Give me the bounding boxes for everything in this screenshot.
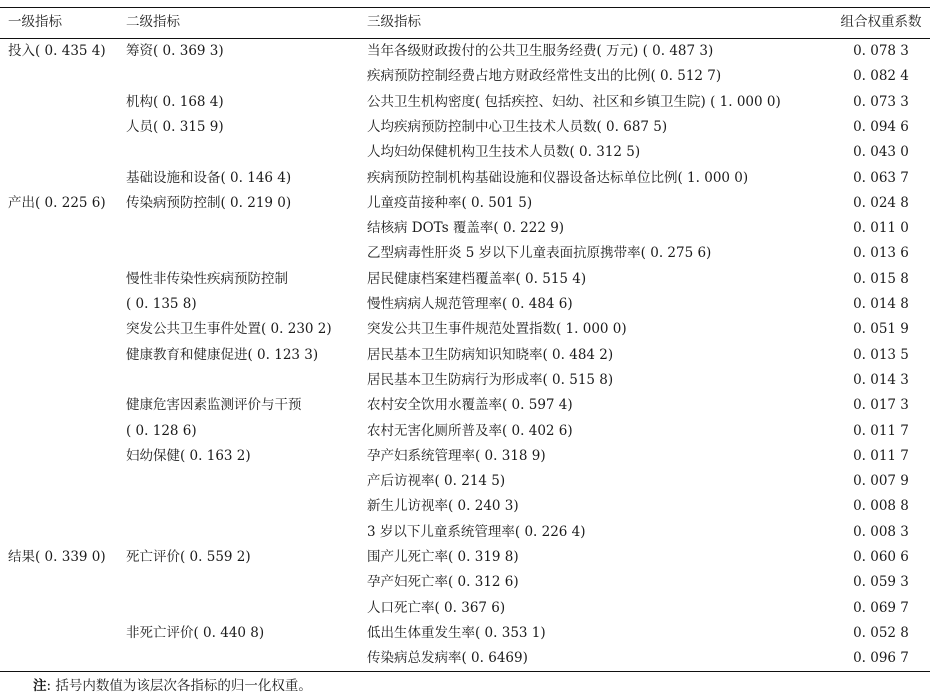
- weight-cell: 0. 008 3: [832, 520, 930, 545]
- level3-cell: 儿童疫苗接种率( 0. 501 5): [367, 191, 532, 216]
- level3-cell: 农村无害化厕所普及率( 0. 402 6): [367, 419, 573, 444]
- table-row: 健康危害因素监测评价与干预农村安全饮用水覆盖率( 0. 597 4)0. 017…: [0, 393, 936, 418]
- weight-cell: 0. 014 3: [832, 368, 930, 393]
- weight-cell: 0. 014 8: [832, 292, 930, 317]
- table-row: 结核病 DOTs 覆盖率( 0. 222 9)0. 011 0: [0, 216, 936, 241]
- level3-cell: 疾病预防控制机构基础设施和仪器设备达标单位比例( 1. 000 0): [367, 166, 748, 191]
- table-row: 居民基本卫生防病行为形成率( 0. 515 8)0. 014 3: [0, 368, 936, 393]
- level1-cell: 产出( 0. 225 6): [8, 191, 106, 216]
- level3-cell: 人均妇幼保健机构卫生技术人员数( 0. 312 5): [367, 140, 640, 165]
- level3-cell: 结核病 DOTs 覆盖率( 0. 222 9): [367, 216, 564, 241]
- level3-cell: 新生儿访视率( 0. 240 3): [367, 494, 519, 519]
- weight-cell: 0. 015 8: [832, 267, 930, 292]
- weight-cell: 0. 059 3: [832, 570, 930, 595]
- level2-cell: 非死亡评价( 0. 440 8): [126, 621, 264, 646]
- table-row: 妇幼保健( 0. 163 2)孕产妇系统管理率( 0. 318 9)0. 011…: [0, 444, 936, 469]
- table-row: 基础设施和设备( 0. 146 4)疾病预防控制机构基础设施和仪器设备达标单位比…: [0, 166, 936, 191]
- weight-cell: 0. 078 3: [832, 39, 930, 64]
- table-row: 传染病总发病率( 0. 6469)0. 096 7: [0, 646, 936, 671]
- level3-cell: 孕产妇死亡率( 0. 312 6): [367, 570, 519, 595]
- level3-cell: 人均疾病预防控制中心卫生技术人员数( 0. 687 5): [367, 115, 667, 140]
- table-row: 人员( 0. 315 9)人均疾病预防控制中心卫生技术人员数( 0. 687 5…: [0, 115, 936, 140]
- table-row: 人口死亡率( 0. 367 6)0. 069 7: [0, 596, 936, 621]
- weight-cell: 0. 073 3: [832, 90, 930, 115]
- level2-cell: 基础设施和设备( 0. 146 4): [126, 166, 291, 191]
- level3-cell: 3 岁以下儿童系统管理率( 0. 226 4): [367, 520, 586, 545]
- table-row: ( 0. 135 8)慢性病病人规范管理率( 0. 484 6)0. 014 8: [0, 292, 936, 317]
- weight-cell: 0. 008 8: [832, 494, 930, 519]
- level3-cell: 传染病总发病率( 0. 6469): [367, 646, 528, 671]
- level3-cell: 居民基本卫生防病知识知晓率( 0. 484 2): [367, 343, 613, 368]
- table-top-rule: [0, 7, 930, 8]
- table-row: 孕产妇死亡率( 0. 312 6)0. 059 3: [0, 570, 936, 595]
- level2-cell: 健康教育和健康促进( 0. 123 3): [126, 343, 318, 368]
- level3-cell: 公共卫生机构密度( 包括疾控、妇幼、社区和乡镇卫生院) ( 1. 000 0): [367, 90, 781, 115]
- level2-cell: 人员( 0. 315 9): [126, 115, 224, 140]
- table-row: 3 岁以下儿童系统管理率( 0. 226 4)0. 008 3: [0, 520, 936, 545]
- table-row: 突发公共卫生事件处置( 0. 230 2)突发公共卫生事件规范处置指数( 1. …: [0, 317, 936, 342]
- table-row: 非死亡评价( 0. 440 8)低出生体重发生率( 0. 353 1)0. 05…: [0, 621, 936, 646]
- table-note: 注: 括号内数值为该层次各指标的归一化权重。: [33, 676, 312, 696]
- weight-cell: 0. 013 5: [832, 343, 930, 368]
- weight-cell: 0. 063 7: [832, 166, 930, 191]
- level3-cell: 居民健康档案建档覆盖率( 0. 515 4): [367, 267, 586, 292]
- level2-cell: 机构( 0. 168 4): [126, 90, 224, 115]
- level3-cell: 突发公共卫生事件规范处置指数( 1. 000 0): [367, 317, 627, 342]
- header-level2: 二级指标: [126, 10, 180, 35]
- level3-cell: 孕产妇系统管理率( 0. 318 9): [367, 444, 546, 469]
- weight-cell: 0. 013 6: [832, 241, 930, 266]
- weight-cell: 0. 024 8: [832, 191, 930, 216]
- table-row: 产后访视率( 0. 214 5)0. 007 9: [0, 469, 936, 494]
- level3-cell: 当年各级财政拨付的公共卫生服务经费( 万元) ( 0. 487 3): [367, 39, 713, 64]
- weight-cell: 0. 082 4: [832, 64, 930, 89]
- weight-cell: 0. 051 9: [832, 317, 930, 342]
- level3-cell: 围产儿死亡率( 0. 319 8): [367, 545, 519, 570]
- table-row: 产出( 0. 225 6)传染病预防控制( 0. 219 0)儿童疫苗接种率( …: [0, 191, 936, 216]
- header-weight: 组合权重系数: [832, 10, 930, 35]
- table-row: 新生儿访视率( 0. 240 3)0. 008 8: [0, 494, 936, 519]
- note-text: : 括号内数值为该层次各指标的归一化权重。: [47, 678, 312, 694]
- table-row: 疾病预防控制经费占地方财政经常性支出的比例( 0. 512 7)0. 082 4: [0, 64, 936, 89]
- level3-cell: 疾病预防控制经费占地方财政经常性支出的比例( 0. 512 7): [367, 64, 721, 89]
- level3-cell: 人口死亡率( 0. 367 6): [367, 596, 505, 621]
- weight-cell: 0. 069 7: [832, 596, 930, 621]
- weight-cell: 0. 043 0: [832, 140, 930, 165]
- level1-cell: 投入( 0. 435 4): [8, 39, 106, 64]
- weight-cell: 0. 011 7: [832, 419, 930, 444]
- header-level1: 一级指标: [8, 10, 62, 35]
- table-row: 投入( 0. 435 4)筹资( 0. 369 3)当年各级财政拨付的公共卫生服…: [0, 39, 936, 64]
- level3-cell: 居民基本卫生防病行为形成率( 0. 515 8): [367, 368, 613, 393]
- level2-cell: ( 0. 128 6): [126, 419, 197, 444]
- weight-cell: 0. 017 3: [832, 393, 930, 418]
- level2-cell: 筹资( 0. 369 3): [126, 39, 224, 64]
- table-row: 机构( 0. 168 4)公共卫生机构密度( 包括疾控、妇幼、社区和乡镇卫生院)…: [0, 90, 936, 115]
- weight-cell: 0. 096 7: [832, 646, 930, 671]
- table-row: 结果( 0. 339 0)死亡评价( 0. 559 2)围产儿死亡率( 0. 3…: [0, 545, 936, 570]
- table-row: 乙型病毒性肝炎 5 岁以下儿童表面抗原携带率( 0. 275 6)0. 013 …: [0, 241, 936, 266]
- weight-cell: 0. 007 9: [832, 469, 930, 494]
- level2-cell: 死亡评价( 0. 559 2): [126, 545, 251, 570]
- level2-cell: 传染病预防控制( 0. 219 0): [126, 191, 291, 216]
- table-row: 人均妇幼保健机构卫生技术人员数( 0. 312 5)0. 043 0: [0, 140, 936, 165]
- table-header-row: 一级指标 二级指标 三级指标 组合权重系数: [0, 10, 936, 35]
- level3-cell: 低出生体重发生率( 0. 353 1): [367, 621, 546, 646]
- table-row: ( 0. 128 6)农村无害化厕所普及率( 0. 402 6)0. 011 7: [0, 419, 936, 444]
- table-bottom-rule: [0, 671, 930, 672]
- level3-cell: 乙型病毒性肝炎 5 岁以下儿童表面抗原携带率( 0. 275 6): [367, 241, 711, 266]
- level2-cell: 慢性非传染性疾病预防控制: [126, 267, 288, 292]
- table-row: 慢性非传染性疾病预防控制居民健康档案建档覆盖率( 0. 515 4)0. 015…: [0, 267, 936, 292]
- level2-cell: 妇幼保健( 0. 163 2): [126, 444, 251, 469]
- level3-cell: 产后访视率( 0. 214 5): [367, 469, 505, 494]
- level2-cell: ( 0. 135 8): [126, 292, 197, 317]
- weight-cell: 0. 052 8: [832, 621, 930, 646]
- weight-cell: 0. 011 7: [832, 444, 930, 469]
- header-level3: 三级指标: [367, 10, 421, 35]
- note-label: 注: [33, 678, 47, 694]
- weight-cell: 0. 060 6: [832, 545, 930, 570]
- level1-cell: 结果( 0. 339 0): [8, 545, 106, 570]
- weight-cell: 0. 094 6: [832, 115, 930, 140]
- level3-cell: 农村安全饮用水覆盖率( 0. 597 4): [367, 393, 573, 418]
- table-row: 健康教育和健康促进( 0. 123 3)居民基本卫生防病知识知晓率( 0. 48…: [0, 343, 936, 368]
- level2-cell: 突发公共卫生事件处置( 0. 230 2): [126, 317, 332, 342]
- weight-cell: 0. 011 0: [832, 216, 930, 241]
- level3-cell: 慢性病病人规范管理率( 0. 484 6): [367, 292, 573, 317]
- level2-cell: 健康危害因素监测评价与干预: [126, 393, 302, 418]
